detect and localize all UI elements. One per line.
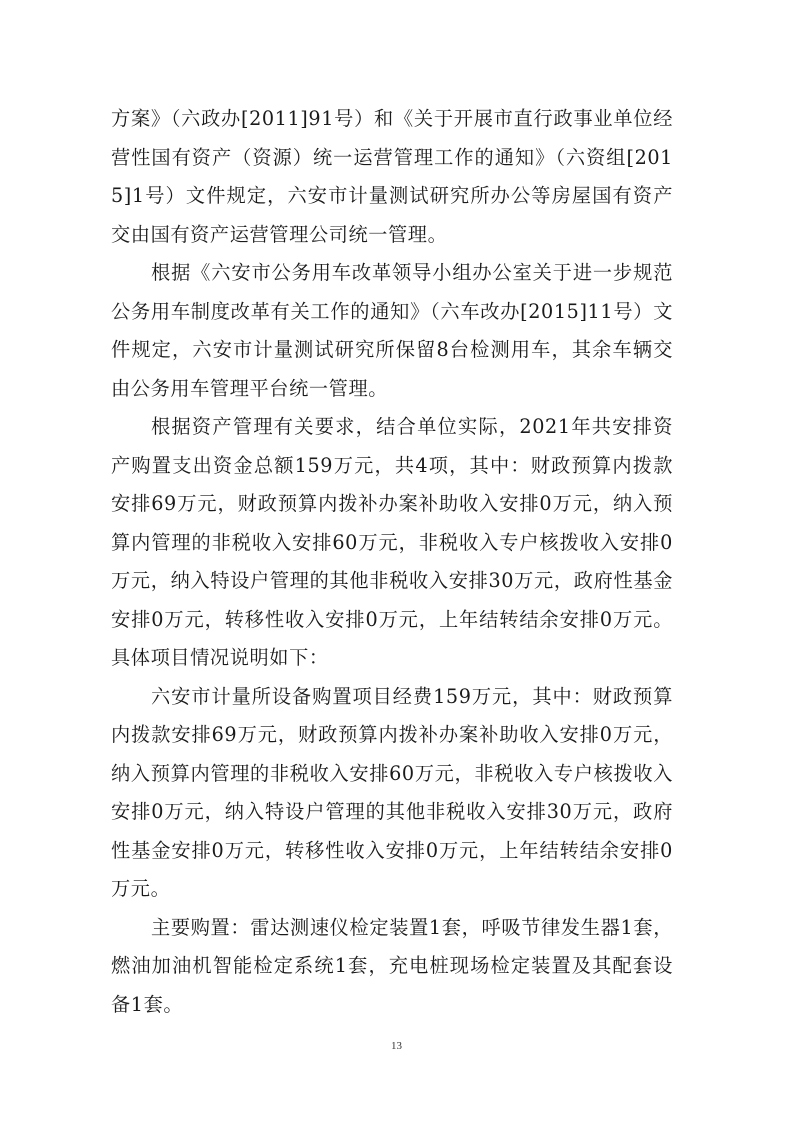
paragraph-main-purchases: 主要购置：雷达测速仪检定装置1套，呼吸节律发生器1套，燃油加油机智能检定系统1套…	[111, 909, 673, 1025]
paragraph-equipment-project-funding: 六安市计量所设备购置项目经费159万元，其中：财政预算内拨款安排69万元，财政预…	[111, 678, 673, 909]
document-page-body: 方案》（六政办[2011]91号）和《关于开展市直行政事业单位经营性国有资产（资…	[111, 100, 673, 1024]
page-number: 13	[0, 1040, 793, 1052]
paragraph-vehicle-reform: 根据《六安市公务用车改革领导小组办公室关于进一步规范公务用车制度改革有关工作的通…	[111, 254, 673, 408]
paragraph-asset-purchase-budget: 根据资产管理有关要求，结合单位实际，2021年共安排资产购置支出资金总额159万…	[111, 408, 673, 678]
paragraph-office-housing-assets: 方案》（六政办[2011]91号）和《关于开展市直行政事业单位经营性国有资产（资…	[111, 100, 673, 254]
